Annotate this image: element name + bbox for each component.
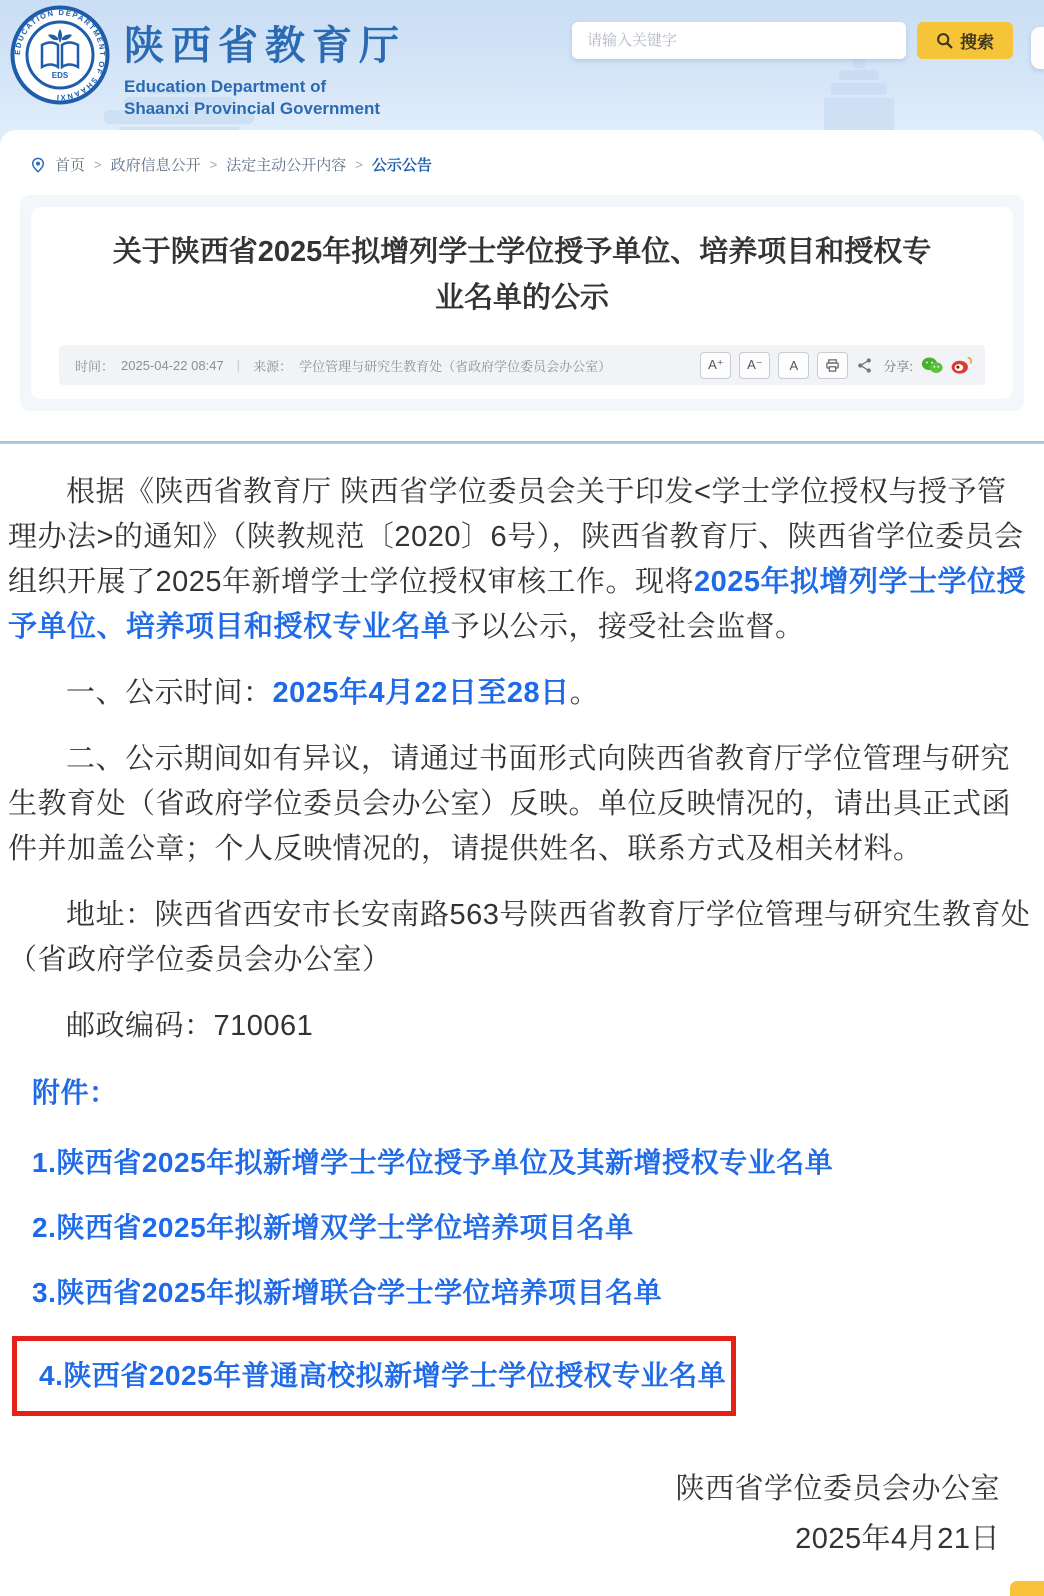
article-toolbar: A⁺ A⁻ A xyxy=(700,352,972,379)
red-highlight-box: 4.陕西省2025年普通高校拟新增学士学位授权专业名单 xyxy=(12,1336,736,1416)
content-sheet: 首页 > 政府信息公开 > 法定主动公开内容 > 公示公告 关于陕西省2025年… xyxy=(0,130,1044,1596)
location-pin-icon xyxy=(30,157,46,173)
breadcrumb-separator: > xyxy=(355,157,363,172)
signature-office: 陕西省学位委员会办公室 xyxy=(8,1464,1000,1514)
share-button[interactable] xyxy=(856,357,873,374)
svg-text:EDS: EDS xyxy=(52,71,69,80)
highlighted-dates: 2025年4月22日至28日 xyxy=(273,677,570,709)
wechat-share-button[interactable] xyxy=(921,356,943,375)
paragraph-postcode: 邮政编码：710061 xyxy=(8,1004,1034,1049)
site-title-block: 陕西省教育厅 Education Department of Shaanxi P… xyxy=(124,14,406,120)
meta-source-label: 来源： xyxy=(253,356,292,375)
breadcrumb-separator: > xyxy=(210,157,218,172)
font-decrease-button[interactable]: A⁻ xyxy=(739,352,770,379)
article-header-card: 关于陕西省2025年拟增列学士学位授予单位、培养项目和授权专业名单的公示 时间：… xyxy=(31,207,1013,399)
breadcrumb-item-home[interactable]: 首页 xyxy=(55,154,85,175)
site-name: 陕西省教育厅 xyxy=(124,14,406,71)
search-button[interactable]: 搜索 xyxy=(917,22,1013,59)
search-area: 搜索 xyxy=(572,22,1013,59)
breadcrumb-separator: > xyxy=(94,157,102,172)
eds-seal-icon: EDUCATION DEPARTMENT OF SHAANXI EDS xyxy=(10,5,110,105)
breadcrumb: 首页 > 政府信息公开 > 法定主动公开内容 > 公示公告 xyxy=(0,130,1044,175)
breadcrumb-item-statutory-content[interactable]: 法定主动公开内容 xyxy=(226,154,346,175)
meta-time-value: 2025-04-22 08:47 xyxy=(121,358,224,373)
breadcrumb-item-announcements[interactable]: 公示公告 xyxy=(372,154,432,175)
attachment-link-4[interactable]: 4.陕西省2025年普通高校拟新增学士学位授权专业名单 xyxy=(17,1354,731,1398)
search-button-label: 搜索 xyxy=(960,28,994,53)
meta-divider: | xyxy=(231,358,246,373)
breadcrumb-item-info-disclosure[interactable]: 政府信息公开 xyxy=(111,154,201,175)
floating-widget-partial[interactable] xyxy=(1031,27,1044,69)
article-meta-info: 时间： 2025-04-22 08:47 | 来源： 学位管理与研究生教育处（省… xyxy=(75,356,611,375)
paragraph-address: 地址：陕西省西安市长安南路563号陕西省教育厅学位管理与研究生教育处（省政府学位… xyxy=(8,893,1034,983)
site-name-english: Education Department of Shaanxi Provinci… xyxy=(124,76,406,120)
search-input[interactable] xyxy=(572,22,906,59)
article-header-frame: 关于陕西省2025年拟增列学士学位授予单位、培养项目和授权专业名单的公示 时间：… xyxy=(20,195,1024,411)
article-meta-bar: 时间： 2025-04-22 08:47 | 来源： 学位管理与研究生教育处（省… xyxy=(59,345,985,385)
printer-icon xyxy=(825,358,840,373)
article-signature: 陕西省学位委员会办公室 2025年4月21日 xyxy=(8,1464,1034,1564)
font-increase-button[interactable]: A⁺ xyxy=(700,352,731,379)
site-logo: EDUCATION DEPARTMENT OF SHAANXI EDS xyxy=(10,5,110,105)
weibo-icon xyxy=(951,356,972,374)
attachment-link-1[interactable]: 1.陕西省2025年拟新增学士学位授予单位及其新增授权专业名单 xyxy=(8,1141,1034,1185)
share-label: 分享: xyxy=(883,356,913,375)
font-reset-button[interactable]: A xyxy=(778,352,809,379)
site-header: EDUCATION DEPARTMENT OF SHAANXI EDS 陕西省教… xyxy=(0,0,1044,144)
wechat-icon xyxy=(921,356,943,375)
weibo-share-button[interactable] xyxy=(951,356,972,374)
search-icon xyxy=(936,32,953,49)
article-title: 关于陕西省2025年拟增列学士学位授予单位、培养项目和授权专业名单的公示 xyxy=(59,225,985,345)
corner-widget-partial[interactable] xyxy=(1010,1581,1044,1596)
pagoda-watermark xyxy=(824,52,894,132)
attachments-label: 附件： xyxy=(8,1070,1034,1115)
page: EDUCATION DEPARTMENT OF SHAANXI EDS 陕西省教… xyxy=(0,0,1044,1596)
meta-source-value: 学位管理与研究生教育处（省政府学位委员会办公室） xyxy=(299,356,611,375)
print-button[interactable] xyxy=(817,352,848,379)
paragraph-basis: 根据《陕西省教育厅 陕西省学位委员会关于印发<学士学位授权与授予管理办法>的通知… xyxy=(8,470,1034,650)
article-body: 根据《陕西省教育厅 陕西省学位委员会关于印发<学士学位授权与授予管理办法>的通知… xyxy=(0,444,1044,1564)
meta-time-label: 时间： xyxy=(75,356,114,375)
attachment-link-2[interactable]: 2.陕西省2025年拟新增双学士学位培养项目名单 xyxy=(8,1206,1034,1250)
paragraph-objection-procedure: 二、公示期间如有异议，请通过书面形式向陕西省教育厅学位管理与研究生教育处（省政府… xyxy=(8,737,1034,872)
signature-date: 2025年4月21日 xyxy=(8,1514,1000,1564)
share-icon xyxy=(856,357,873,374)
attachment-link-3[interactable]: 3.陕西省2025年拟新增联合学士学位培养项目名单 xyxy=(8,1271,1034,1315)
paragraph-publicity-period: 一、公示时间：2025年4月22日至28日。 xyxy=(8,671,1034,716)
